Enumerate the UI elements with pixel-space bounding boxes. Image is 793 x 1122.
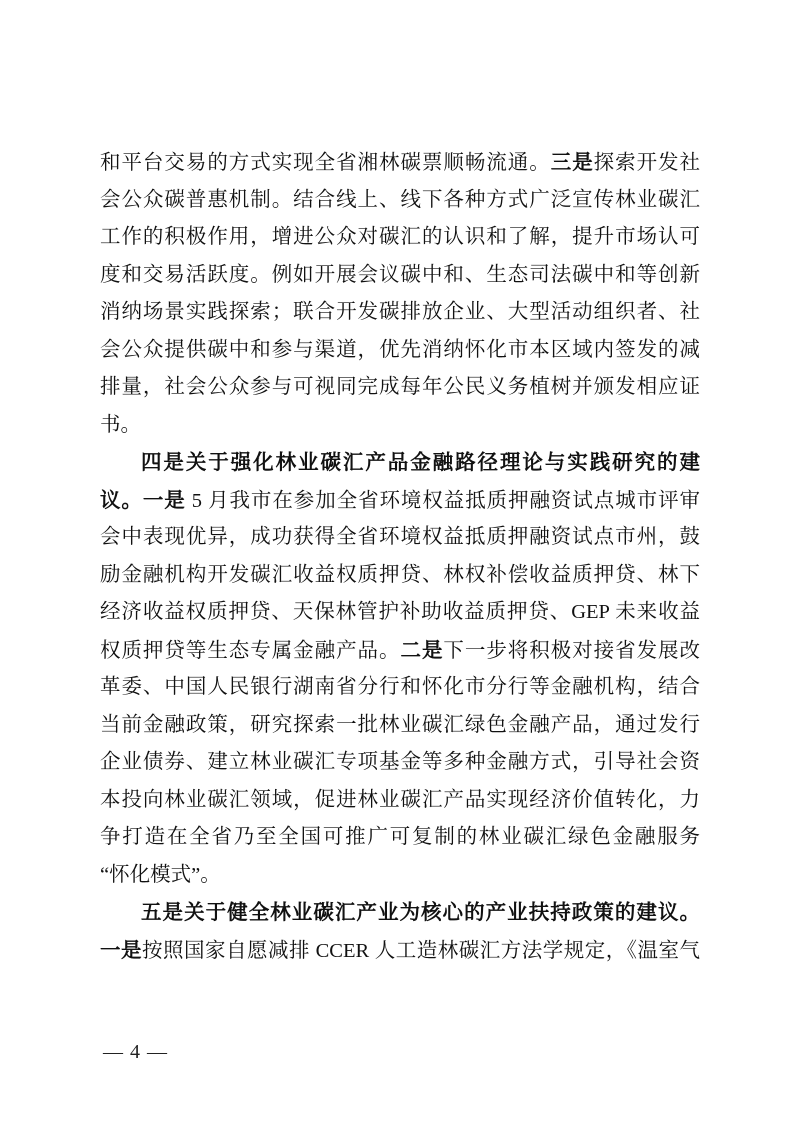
bold-run: 五是关于健全林业碳汇产业为核心的产业扶持政策的建议。 [141, 901, 700, 924]
text-run: “怀化模式”。 [100, 864, 221, 886]
text-line: 当前金融政策，研究探索一批林业碳汇绿色金融产品，通过发行 [100, 707, 700, 745]
text-line: 排量，社会公众参与可视同完成每年公民义务植树并颁发相应证 [100, 369, 700, 407]
text-line: 会公众碳普惠机制。结合线上、线下各种方式广泛宣传林业碳汇 [100, 182, 700, 220]
text-line: 励金融机构开发碳汇收益权质押贷、林权补偿收益质押贷、林下 [100, 557, 700, 595]
text-run: 排量，社会公众参与可视同完成每年公民义务植树并颁发相应证 [100, 376, 700, 398]
document-page: 和平台交易的方式实现全省湘林碳票顺畅流通。三是探索开发社会公众碳普惠机制。结合线… [0, 0, 793, 1122]
text-line: 争打造在全省乃至全国可推广可复制的林业碳汇绿色金融服务 [100, 819, 700, 857]
text-line: 会中表现优异，成功获得全省环境权益抵质押融资试点市州，鼓 [100, 519, 700, 557]
text-line: 四是关于强化林业碳汇产品金融路径理论与实践研究的建 [100, 444, 700, 482]
text-line: 消纳场景实践探索；联合开发碳排放企业、大型活动组织者、社 [100, 294, 700, 332]
text-line: 企业债券、建立林业碳汇专项基金等多种金融方式，引导社会资 [100, 744, 700, 782]
text-line: 度和交易活跃度。例如开展会议碳中和、生态司法碳中和等创新 [100, 257, 700, 295]
bold-run: 一是 [100, 939, 142, 962]
text-run: 度和交易活跃度。例如开展会议碳中和、生态司法碳中和等创新 [100, 264, 700, 286]
text-run: 会公众碳普惠机制。结合线上、线下各种方式广泛宣传林业碳汇 [100, 189, 700, 211]
text-line: 革委、中国人民银行湖南省分行和怀化市分行等金融机构，结合 [100, 669, 700, 707]
text-run: 会中表现优异，成功获得全省环境权益抵质押融资试点市州，鼓 [100, 526, 700, 548]
bold-run: 议。一是 [100, 489, 186, 512]
text-line: 权质押贷等生态专属金融产品。二是下一步将积极对接省发展改 [100, 632, 700, 670]
text-run: 当前金融政策，研究探索一批林业碳汇绿色金融产品，通过发行 [100, 714, 700, 736]
document-body: 和平台交易的方式实现全省湘林碳票顺畅流通。三是探索开发社会公众碳普惠机制。结合线… [100, 144, 700, 969]
text-line: 一是按照国家自愿减排 CCER 人工造林碳汇方法学规定，《温室气 [100, 932, 700, 970]
text-line: 工作的积极作用，增进公众对碳汇的认识和了解，提升市场认可 [100, 219, 700, 257]
text-run: 争打造在全省乃至全国可推广可复制的林业碳汇绿色金融服务 [100, 826, 700, 848]
text-line: 经济收益权质押贷、天保林管护补助收益质押贷、GEP 未来收益 [100, 594, 700, 632]
text-run: 本投向林业碳汇领域，促进林业碳汇产品实现经济价值转化，力 [100, 789, 700, 811]
text-run: 下一步将积极对接省发展改 [443, 640, 700, 662]
text-run: 革委、中国人民银行湖南省分行和怀化市分行等金融机构，结合 [100, 676, 700, 698]
text-line: 和平台交易的方式实现全省湘林碳票顺畅流通。三是探索开发社 [100, 144, 700, 182]
bold-run: 三是 [551, 151, 594, 174]
text-run: 权质押贷等生态专属金融产品。 [100, 640, 400, 662]
text-run: 书。 [100, 414, 141, 436]
text-run: 按照国家自愿减排 CCER 人工造林碳汇方法学规定，《温室气 [142, 940, 700, 962]
bold-run: 四是关于强化林业碳汇产品金融路径理论与实践研究的建 [141, 451, 700, 474]
text-run: 励金融机构开发碳汇收益权质押贷、林权补偿收益质押贷、林下 [100, 564, 700, 586]
text-run: 经济收益权质押贷、天保林管护补助收益质押贷、GEP 未来收益 [100, 601, 700, 623]
text-run: 和平台交易的方式实现全省湘林碳票顺畅流通。 [100, 152, 551, 174]
text-run: 消纳场景实践探索；联合开发碳排放企业、大型活动组织者、社 [100, 301, 700, 323]
text-line: 五是关于健全林业碳汇产业为核心的产业扶持政策的建议。 [100, 894, 700, 932]
text-line: 书。 [100, 407, 700, 445]
page-number: — 4 — [103, 1038, 168, 1066]
text-line: 会公众提供碳中和参与渠道，优先消纳怀化市本区域内签发的减 [100, 332, 700, 370]
text-line: “怀化模式”。 [100, 857, 700, 895]
text-line: 本投向林业碳汇领域，促进林业碳汇产品实现经济价值转化，力 [100, 782, 700, 820]
bold-run: 二是 [400, 639, 443, 662]
text-run: 工作的积极作用，增进公众对碳汇的认识和了解，提升市场认可 [100, 226, 700, 248]
text-line: 议。一是 5 月我市在参加全省环境权益抵质押融资试点城市评审 [100, 482, 700, 520]
text-run: 5 月我市在参加全省环境权益抵质押融资试点城市评审 [186, 490, 700, 512]
text-run: 探索开发社 [594, 152, 700, 174]
text-run: 企业债券、建立林业碳汇专项基金等多种金融方式，引导社会资 [100, 751, 700, 773]
text-run: 会公众提供碳中和参与渠道，优先消纳怀化市本区域内签发的减 [100, 339, 700, 361]
